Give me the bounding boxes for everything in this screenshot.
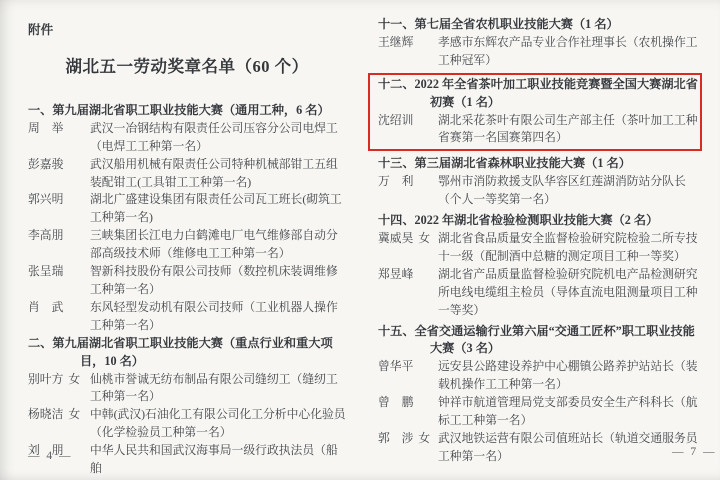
entry-name: 曾华平 [378,358,438,394]
entry-description: 武汉船用机械有限责任公司特种机械部钳工五组装配钳工(工具钳工工种第一名) [90,156,346,192]
section-heading: 十二、2022 年全省茶叶加工职业技能竞赛暨全国大赛湖北省初赛（1 名） [378,76,698,112]
award-entry: 周 举 武汉一冶钢结构有限责任公司压容分公司电焊工（电焊工工种第一名） [28,120,346,156]
entry-description: 钟祥市航道管理局党支部委员安全生产科科长（航标工工种第一名） [438,394,706,430]
entry-description: 湖北广盛建设集团有限责任公司瓦工班长(砌筑工工种第一名) [90,191,346,227]
entry-name: 冀威昊女 [378,230,438,266]
award-entry: 郑昱峰 湖北省产品质量监督检验研究院机电产品检测研究所电线电缆组主检员（导体直流… [378,266,706,320]
entry-description: 湖北采花茶叶有限公司生产部主任（茶叶加工工种省赛第一名国赛第四名） [438,112,698,148]
section-14: 十四、2022 年湖北省检验检测职业技能大赛（2 名） 冀威昊女 湖北省食品质量… [378,212,706,319]
entry-name: 曾 鹏 [378,394,438,430]
entry-description: 武汉地铁运营有限公司值班站长（轨道交通服务员工种第一名） [438,430,706,466]
section-13: 十三、第三届湖北省森林职业技能大赛（1 名） 万 利 鄂州市消防救援支队华容区红… [378,155,706,209]
award-entry: 肖 武 东风轻型发动机有限公司技师（工业机器人操作工种第一名） [28,299,346,335]
entry-gender: 女 [68,372,80,386]
entry-name: 万 利 [378,173,438,209]
section-heading: 二、第九届湖北省职工职业技能大赛（重点行业和重大项目，10 名） [28,335,346,371]
entry-gender: 女 [418,431,430,445]
entry-description: 远安县公路建设养护中心棚镇公路养护站站长（装载机操作工工种第一名） [438,358,706,394]
section-1: 一、第九届湖北省职工职业技能大赛（通用工种，6 名） 周 举 武汉一冶钢结构有限… [28,102,346,335]
section-2: 二、第九届湖北省职工职业技能大赛（重点行业和重大项目，10 名） 别叶方女 仙桃… [28,335,346,478]
section-15: 十五、全省交通运输行业第六届“交通工匠杯”职工职业技能大赛（3 名） 曾华平 远… [378,323,706,466]
entry-name: 郑昱峰 [378,266,438,320]
entry-name: 别叶方女 [28,371,90,407]
award-entry: 刘 朋 中华人民共和国武汉海事局一级行政执法员（船舶 [28,442,346,478]
entry-name: 王继辉 [378,34,438,70]
entry-name: 杨晓洁女 [28,406,90,442]
entry-name: 张呈瑞 [28,263,90,299]
page-number-right: — 7 — [672,446,717,458]
award-entry: 万 利 鄂州市消防救援支队华容区红莲湖消防站分队长（个人一等奖第一名） [378,173,706,209]
award-entry: 曾 鹏 钟祥市航道管理局党支部委员安全生产科科长（航标工工种第一名） [378,394,706,430]
section-heading: 一、第九届湖北省职工职业技能大赛（通用工种，6 名） [28,102,346,120]
entry-name: 肖 武 [28,299,90,335]
entry-name: 郭兴明 [28,191,90,227]
entry-description: 东风轻型发动机有限公司技师（工业机器人操作工种第一名） [90,299,346,335]
entry-name: 周 举 [28,120,90,156]
highlight-box: 十二、2022 年全省茶叶加工职业技能竞赛暨全国大赛湖北省初赛（1 名） 沈绍训… [368,73,702,152]
page-number-left: — 4 — [28,450,73,462]
document-title: 湖北五一劳动奖章名单（60 个） [28,55,346,79]
entry-description: 鄂州市消防救援支队华容区红莲湖消防站分队长（个人一等奖第一名） [438,173,706,209]
entry-name: 彭嘉骏 [28,156,90,192]
award-entry: 曾华平 远安县公路建设养护中心棚镇公路养护站站长（装载机操作工工种第一名） [378,358,706,394]
section-heading: 十四、2022 年湖北省检验检测职业技能大赛（2 名） [378,212,706,230]
award-entry: 李高朋 三峡集团长江电力白鹤滩电厂电气维修部自动分部高级技术师（维修电工工种第一… [28,227,346,263]
entry-description: 智新科技股份有限公司技师（数控机床装调维修工种第一名） [90,263,346,299]
award-entry: 彭嘉骏 武汉船用机械有限责任公司特种机械部钳工五组装配钳工(工具钳工工种第一名) [28,156,346,192]
scanned-document: 附件 湖北五一劳动奖章名单（60 个） 一、第九届湖北省职工职业技能大赛（通用工… [0,0,720,480]
page-right: 十一、第七届全省农机职业技能大赛（1 名） 王继辉 孝感市东辉农产品专业合作社理… [378,16,706,466]
page-left: 附件 湖北五一劳动奖章名单（60 个） 一、第九届湖北省职工职业技能大赛（通用工… [28,22,346,478]
entry-description: 中韩(武汉)石油化工有限公司化工分析中心化验员（化学检验员工种第一名） [90,406,346,442]
section-heading: 十三、第三届湖北省森林职业技能大赛（1 名） [378,155,706,173]
entry-name: 李高朋 [28,227,90,263]
entry-description: 仙桃市誉诚无纺布制品有限公司缝纫工（缝纫工工种第一名） [90,371,346,407]
entry-gender: 女 [418,231,430,245]
award-entry: 张呈瑞 智新科技股份有限公司技师（数控机床装调维修工种第一名） [28,263,346,299]
entry-description: 三峡集团长江电力白鹤滩电厂电气维修部自动分部高级技术师（维修电工工种第一名） [90,227,346,263]
award-entry: 郭兴明 湖北广盛建设集团有限责任公司瓦工班长(砌筑工工种第一名) [28,191,346,227]
entry-description: 中华人民共和国武汉海事局一级行政执法员（船舶 [90,442,346,478]
award-entry: 沈绍训 湖北采花茶叶有限公司生产部主任（茶叶加工工种省赛第一名国赛第四名） [378,112,698,148]
entry-gender: 女 [68,407,80,421]
entry-description: 湖北省产品质量监督检验研究院机电产品检测研究所电线电缆组主检员（导体直流电阻测量… [438,266,706,320]
entry-description: 武汉一冶钢结构有限责任公司压容分公司电焊工（电焊工工种第一名） [90,120,346,156]
award-entry: 别叶方女 仙桃市誉诚无纺布制品有限公司缝纫工（缝纫工工种第一名） [28,371,346,407]
section-11: 十一、第七届全省农机职业技能大赛（1 名） 王继辉 孝感市东辉农产品专业合作社理… [378,16,706,70]
entry-description: 孝感市东辉农产品专业合作社理事长（农机操作工工种冠军） [438,34,706,70]
entry-name: 郭 涉女 [378,430,438,466]
award-entry: 冀威昊女 湖北省食品质量安全监督检验研究院检验二所专技十一级（配制酒中总糖的测定… [378,230,706,266]
entry-description: 湖北省食品质量安全监督检验研究院检验二所专技十一级（配制酒中总糖的测定项目工种一… [438,230,706,266]
section-heading: 十一、第七届全省农机职业技能大赛（1 名） [378,16,706,34]
award-entry: 杨晓洁女 中韩(武汉)石油化工有限公司化工分析中心化验员（化学检验员工种第一名） [28,406,346,442]
award-entry: 郭 涉女 武汉地铁运营有限公司值班站长（轨道交通服务员工种第一名） [378,430,706,466]
award-entry: 王继辉 孝感市东辉农产品专业合作社理事长（农机操作工工种冠军） [378,34,706,70]
section-heading: 十五、全省交通运输行业第六届“交通工匠杯”职工职业技能大赛（3 名） [378,323,706,359]
attachment-label: 附件 [28,22,346,40]
entry-name: 沈绍训 [378,112,438,148]
